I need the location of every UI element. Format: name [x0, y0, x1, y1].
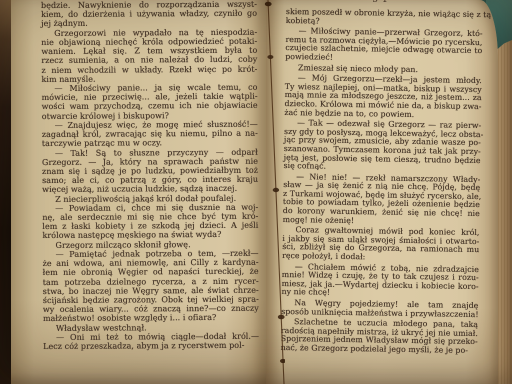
paragraph: — Miłościwy panie... ja się wcale temu, … — [42, 83, 258, 121]
paragraph: Coraz gwałtowniej mówił pod koniec król,… — [282, 226, 480, 263]
paragraph: — Znajdujesz więc, że mogę mieć słusznoś… — [42, 120, 258, 149]
paragraph: — Oni mi też to mówią ciągle—dodał król.… — [43, 332, 259, 352]
paragraph: — Tak! Są to słuszne przyczyny — odparłG… — [42, 147, 258, 194]
book-cover-edge — [0, 0, 11, 384]
text-line: Lecz cóż przeszkadza, abym ja z rycerstw… — [43, 341, 259, 352]
text-line: nać, że Grzegorz podzielał jego myśli, ż… — [281, 344, 478, 356]
paragraph: Grzegorzowi nie wypadało na tę niespodzi… — [41, 27, 257, 84]
paragraph: Szlachetne te uczucia młodego pana, taką… — [281, 318, 479, 355]
left-page: będzie. Nawyknienie do rozporządzania ws… — [11, 0, 266, 384]
paragraph: — Miłościwy panie—przerwał Grzegorz, któ… — [285, 27, 483, 64]
text-line: kiem, do dzierżenia i używania władzy, c… — [41, 9, 257, 20]
paragraph: — Powiadam ci, chce mi się dusznie na wo… — [42, 202, 258, 240]
paragraph: — Nie! nie! — rzekł namarszczony Włady-s… — [283, 173, 481, 227]
paragraph: — Tak — odezwał się Grzegorz — raz pierw… — [283, 119, 481, 173]
paragraph: — Chciałem mówić z tobą, nie zdradzajcie… — [281, 263, 479, 300]
right-page-text: skiem poszedł w obronie krzyża, nie wiąż… — [281, 8, 483, 356]
right-page: — 51 — skiem poszedł w obronie krzyża, n… — [266, 0, 498, 384]
paragraph: Na Węgry pojedziemy! ale tam znajdęsposó… — [281, 299, 478, 319]
left-page-text: będzie. Nawyknienie do rozporządzania ws… — [41, 0, 259, 351]
book-photo: będzie. Nawyknienie do rozporządzania ws… — [0, 0, 512, 384]
paragraph: skiem poszedł w obronie krzyża, nie wiąż… — [286, 8, 483, 28]
text-line: z niem wchodzili w układy. Rzekł więc po… — [41, 64, 257, 75]
paragraph: będzie. Nawyknienie do rozporządzania ws… — [41, 0, 257, 29]
text-line: wości wam przychodzą, czemu ich nie obja… — [42, 101, 258, 112]
paragraph: — Pamiętać jednak potrzeba o tem, —rzekł… — [43, 249, 259, 324]
binding-thread — [255, 0, 285, 384]
paragraph: — Mój Grzegorzu—rzekł—ja jestem młody.Ty… — [284, 74, 482, 120]
page-number: — 51 — — [266, 0, 498, 5]
